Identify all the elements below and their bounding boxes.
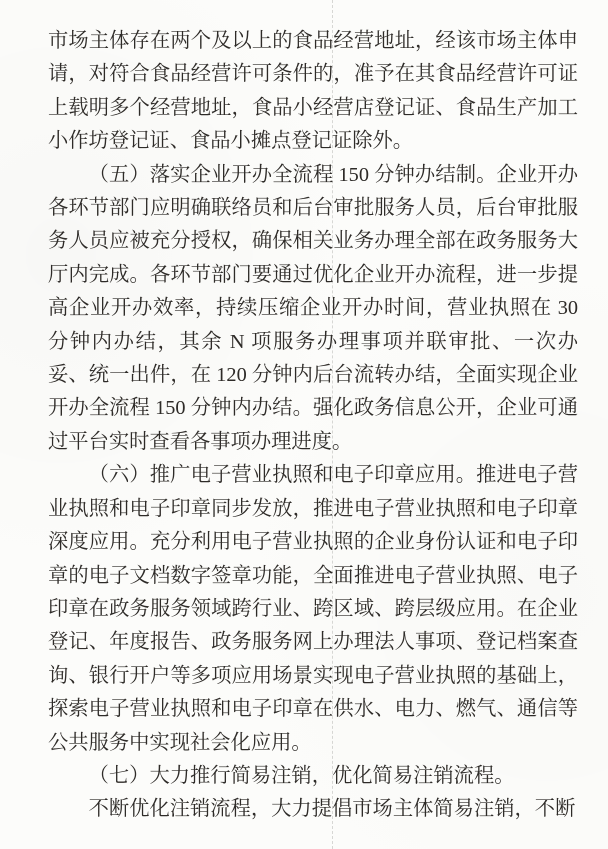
scanned-document-page: 市场主体存在两个及以上的食品经营地址，经该市场主体申请，对符合食品经营许可条件的… [0, 0, 608, 849]
paragraph-closing: 不断优化注销流程，大力提倡市场主体简易注销，不断 [48, 793, 578, 826]
paragraph-item-7-heading: （七）大力推行简易注销，优化简易注销流程。 [48, 760, 578, 793]
paragraph-item-5: （五）落实企业开办全流程 150 分钟办结制。企业开办各环节部门应明确联络员和后… [48, 159, 578, 460]
paragraph-continuation: 市场主体存在两个及以上的食品经营地址，经该市场主体申请，对符合食品经营许可条件的… [48, 25, 578, 159]
document-body-text: 市场主体存在两个及以上的食品经营地址，经该市场主体申请，对符合食品经营许可条件的… [48, 25, 578, 827]
paragraph-item-6: （六）推广电子营业执照和电子印章应用。推进电子营业执照和电子印章同步发放，推进电… [48, 459, 578, 760]
